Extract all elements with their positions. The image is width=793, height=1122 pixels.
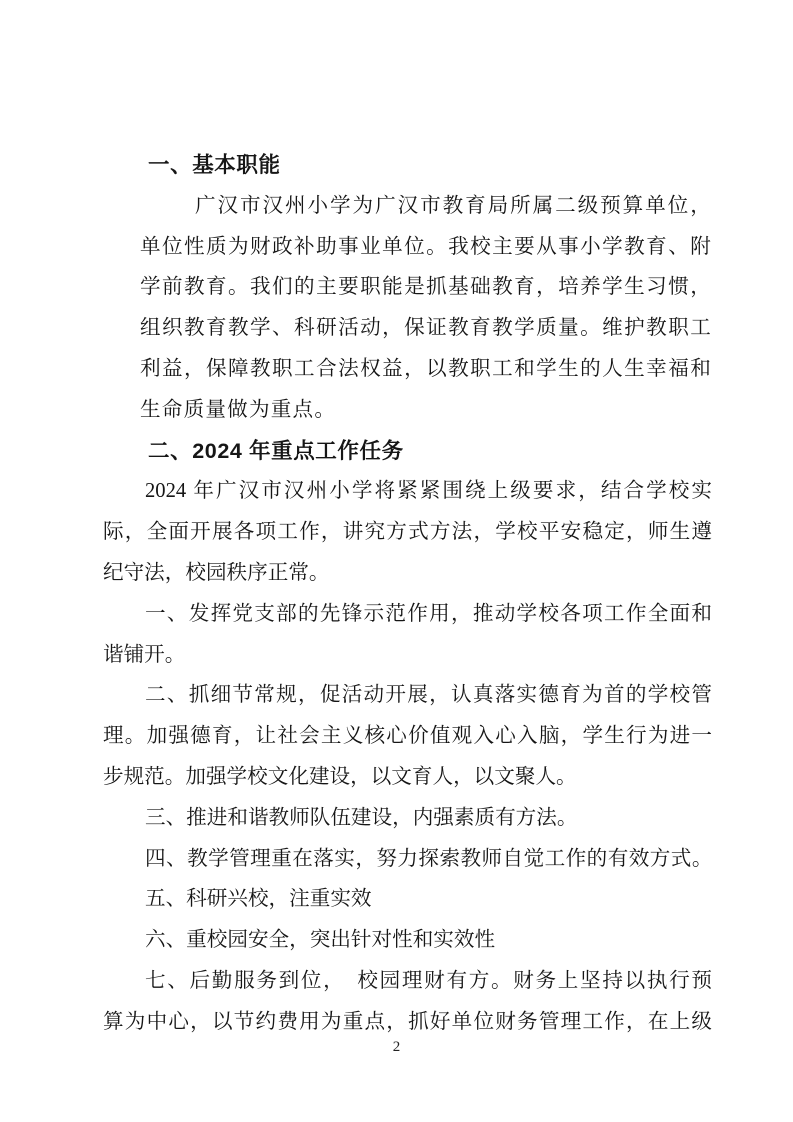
section-heading: 一、基本职能 bbox=[103, 145, 712, 186]
text-line: 2024 年广汉市汉州小学将紧紧围绕上级要求，结合学校实 bbox=[103, 471, 712, 512]
text-line: 五、科研兴校，注重实效 bbox=[103, 879, 712, 920]
text-line: 步规范。加强学校文化建设，以文育人，以文聚人。 bbox=[103, 757, 712, 798]
text-line: 一、发挥党支部的先锋示范作用，推动学校各项工作全面和 bbox=[103, 594, 712, 635]
text-line: 理。加强德育，让社会主义核心价值观入心入脑，学生行为进一 bbox=[103, 716, 712, 757]
text-line: 谐铺开。 bbox=[103, 635, 712, 676]
text-line: 生命质量做为重点。 bbox=[140, 390, 712, 431]
document-page: 一、基本职能广汉市汉州小学为广汉市教育局所属二级预算单位，单位性质为财政补助事业… bbox=[0, 0, 793, 1122]
page-number: 2 bbox=[0, 1036, 793, 1058]
text-line: 纪守法，校园秩序正常。 bbox=[103, 553, 712, 594]
text-line: 组织教育教学、科研活动，保证教育教学质量。维护教职工 bbox=[140, 308, 712, 349]
text-line: 三、推进和谐教师队伍建设，内强素质有方法。 bbox=[103, 798, 712, 839]
section-heading: 二、2024 年重点工作任务 bbox=[103, 431, 712, 472]
text-line: 单位性质为财政补助事业单位。我校主要从事小学教育、附 bbox=[140, 227, 712, 268]
document-body: 一、基本职能广汉市汉州小学为广汉市教育局所属二级预算单位，单位性质为财政补助事业… bbox=[103, 145, 712, 1043]
text-line: 际，全面开展各项工作，讲究方式方法，学校平安稳定，师生遵 bbox=[103, 512, 712, 553]
text-line: 六、重校园安全，突出针对性和实效性 bbox=[103, 920, 712, 961]
text-line: 七、后勤服务到位， 校园理财有方。财务上坚持以执行预 bbox=[103, 961, 712, 1002]
text-line: 学前教育。我们的主要职能是抓基础教育，培养学生习惯， bbox=[140, 267, 712, 308]
text-line: 利益，保障教职工合法权益，以教职工和学生的人生幸福和 bbox=[140, 349, 712, 390]
text-line: 二、抓细节常规，促活动开展，认真落实德育为首的学校管 bbox=[103, 675, 712, 716]
text-line: 广汉市汉州小学为广汉市教育局所属二级预算单位， bbox=[140, 186, 712, 227]
text-line: 四、教学管理重在落实，努力探索教师自觉工作的有效方式。 bbox=[103, 839, 712, 880]
